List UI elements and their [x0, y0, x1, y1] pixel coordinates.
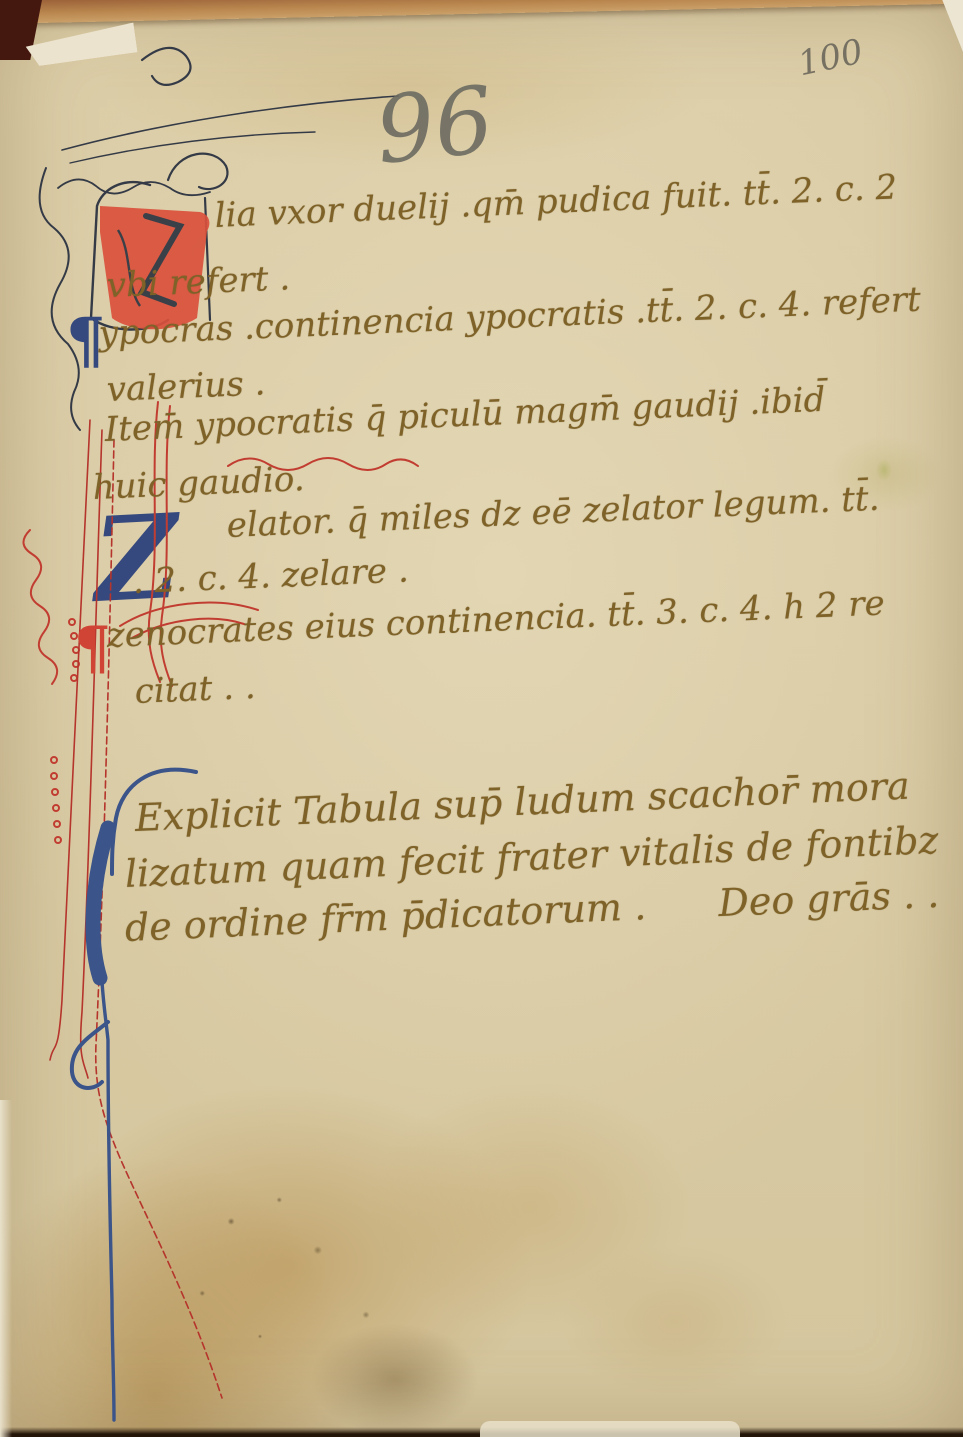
- text-line: citat . .: [134, 667, 256, 712]
- pencil-folio-number-small: 100: [795, 32, 867, 85]
- text-line: lia vxor duelij .qm̄ pudica fuit. tt̄. 2…: [214, 167, 898, 236]
- text-line: . 2. c. 4. zelare .: [132, 550, 409, 602]
- page-edge-top-right: [917, 0, 963, 52]
- text-line: valerius .: [106, 363, 266, 410]
- manuscript-page: Z ¶ ¶ 96: [0, 0, 963, 1437]
- page-edge-wedge: [24, 22, 137, 67]
- page-edge-bottom-notch: [480, 1421, 740, 1437]
- page-edge-left: [0, 1100, 12, 1437]
- binding-edge-top: [0, 0, 963, 24]
- text-line: huic gaudio.: [92, 459, 305, 508]
- pencil-folio-number-large: 96: [371, 66, 499, 185]
- svg-text:Z: Z: [86, 488, 186, 629]
- initial-z-blue-icon: Z: [86, 488, 186, 629]
- text-line: elator. q̄ miles dz eē zelator legum. tt…: [226, 479, 880, 546]
- text-line: vbi refert .: [106, 258, 291, 306]
